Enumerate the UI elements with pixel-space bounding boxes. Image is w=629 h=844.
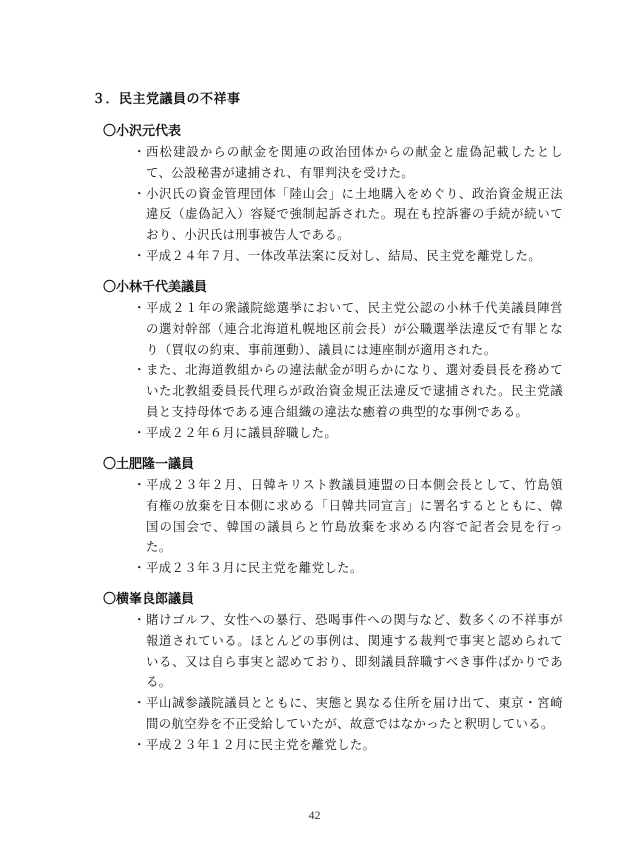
section-title: 〇小沢元代表 bbox=[103, 121, 563, 142]
bullet-list: ・平成２１年の衆議院総選挙において、民主党公認の小林千代美議員陣営の選対幹部（連… bbox=[103, 298, 563, 444]
bullet-list: ・賭けゴルフ、女性への暴行、恐喝事件への関与など、数多くの不祥事が報道されている… bbox=[103, 610, 563, 756]
bullet-icon: ・ bbox=[133, 610, 146, 631]
bullet-icon: ・ bbox=[133, 184, 146, 205]
section-title: 〇横峯良郎議員 bbox=[103, 589, 563, 610]
bullet-icon: ・ bbox=[133, 142, 146, 163]
bullet-icon: ・ bbox=[133, 735, 146, 756]
list-item: ・平山誠参議院議員とともに、実態と異なる住所を届け出て、東京・宮崎間の航空券を不… bbox=[103, 693, 563, 735]
list-item: ・平成２２年６月に議員辞職した。 bbox=[103, 423, 563, 444]
section-kobayashi: 〇小林千代美議員 ・平成２１年の衆議院総選挙において、民主党公認の小林千代美議員… bbox=[103, 277, 563, 444]
list-item: ・平成２３年２月、日韓キリスト教議員連盟の日本側会長として、竹島領有権の放棄を日… bbox=[103, 475, 563, 558]
list-item: ・平成２１年の衆議院総選挙において、民主党公認の小林千代美議員陣営の選対幹部（連… bbox=[103, 298, 563, 360]
page-number: 42 bbox=[0, 808, 629, 823]
bullet-icon: ・ bbox=[133, 246, 146, 267]
list-item: ・平成２３年１２月に民主党を離党した。 bbox=[103, 735, 563, 756]
section-title: 〇小林千代美議員 bbox=[103, 277, 563, 298]
bullet-icon: ・ bbox=[133, 360, 146, 381]
list-item: ・平成２４年７月、一体改革法案に反対し、結局、民主党を離党した。 bbox=[103, 246, 563, 267]
list-item: ・平成２３年３月に民主党を離党した。 bbox=[103, 558, 563, 579]
list-item: ・西松建設からの献金を関連の政治団体からの献金と虚偽記載したとして、公設秘書が逮… bbox=[103, 142, 563, 184]
bullet-icon: ・ bbox=[133, 475, 146, 496]
bullet-list: ・西松建設からの献金を関連の政治団体からの献金と虚偽記載したとして、公設秘書が逮… bbox=[103, 142, 563, 267]
section-title: 〇土肥隆一議員 bbox=[103, 454, 563, 475]
section-ozawa: 〇小沢元代表 ・西松建設からの献金を関連の政治団体からの献金と虚偽記載したとして… bbox=[103, 121, 563, 267]
list-item: ・賭けゴルフ、女性への暴行、恐喝事件への関与など、数多くの不祥事が報道されている… bbox=[103, 610, 563, 693]
document-page: ３．民主党議員の不祥事 〇小沢元代表 ・西松建設からの献金を関連の政治団体からの… bbox=[0, 0, 629, 844]
section-yokomine: 〇横峯良郎議員 ・賭けゴルフ、女性への暴行、恐喝事件への関与など、数多くの不祥事… bbox=[103, 589, 563, 756]
section-dohi: 〇土肥隆一議員 ・平成２３年２月、日韓キリスト教議員連盟の日本側会長として、竹島… bbox=[103, 454, 563, 579]
bullet-icon: ・ bbox=[133, 693, 146, 714]
section-heading: ３．民主党議員の不祥事 bbox=[92, 88, 241, 107]
bullet-icon: ・ bbox=[133, 298, 146, 319]
bullet-list: ・平成２３年２月、日韓キリスト教議員連盟の日本側会長として、竹島領有権の放棄を日… bbox=[103, 475, 563, 579]
bullet-icon: ・ bbox=[133, 423, 146, 444]
list-item: ・また、北海道教組からの違法献金が明らかになり、選対委員長を務めていた北教組委員… bbox=[103, 360, 563, 422]
bullet-icon: ・ bbox=[133, 558, 146, 579]
list-item: ・小沢氏の資金管理団体「陸山会」に土地購入をめぐり、政治資金規正法違反（虚偽記入… bbox=[103, 184, 563, 246]
